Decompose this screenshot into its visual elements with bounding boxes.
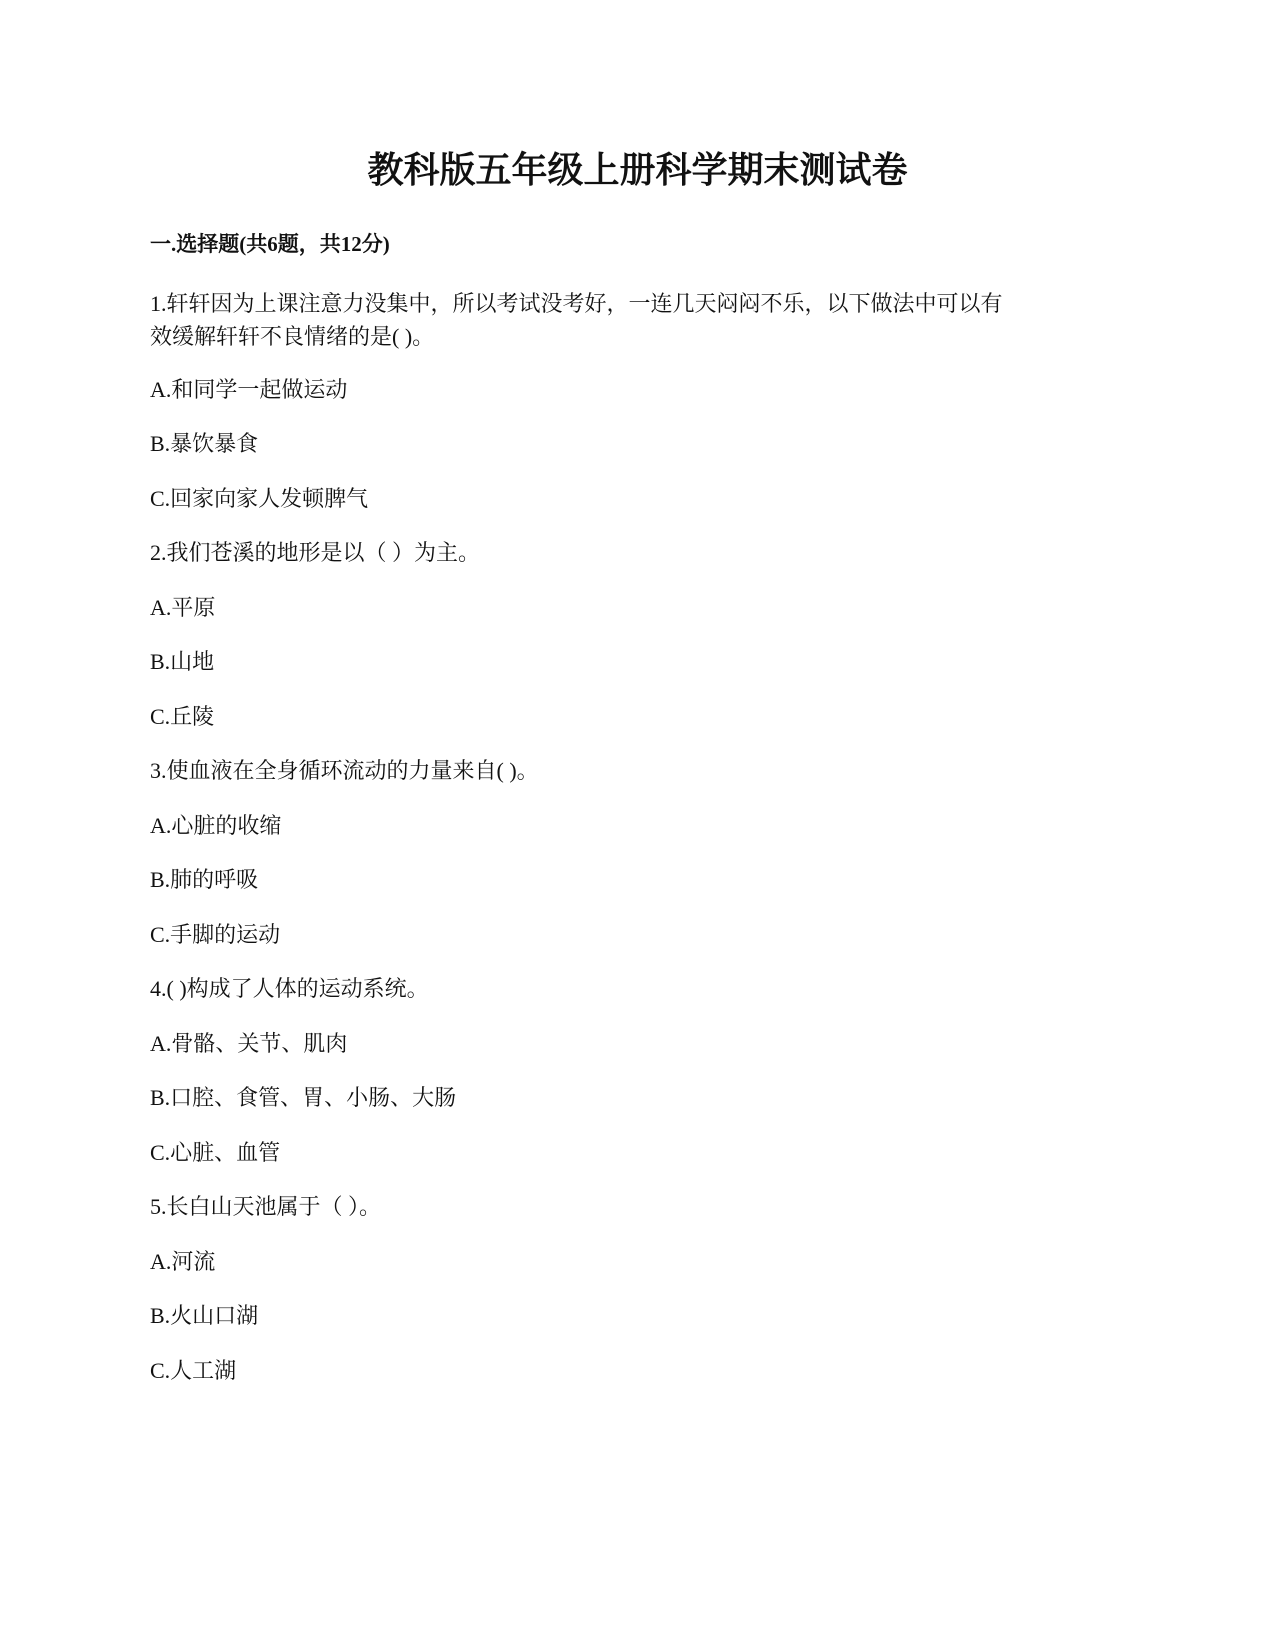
question-2-option-a: A.平原 (150, 593, 215, 623)
question-3-option-b: B.肺的呼吸 (150, 865, 258, 895)
question-5-stem: 5.长白山天池属于（ ）。 (150, 1192, 381, 1222)
question-3-option-a: A.心脏的收缩 (150, 811, 281, 841)
question-4-option-a: A.骨骼、关节、肌肉 (150, 1029, 347, 1059)
question-5-option-a: A.河流 (150, 1247, 215, 1277)
section-heading-multiple-choice: 一.选择题(共6题，共12分) (150, 229, 390, 259)
question-5-option-b: B.火山口湖 (150, 1301, 258, 1331)
question-4-stem: 4.( )构成了人体的运动系统。 (150, 974, 429, 1004)
question-3-stem: 3.使血液在全身循环流动的力量来自( )。 (150, 756, 539, 786)
question-1-option-b: B.暴饮暴食 (150, 429, 258, 459)
question-4-option-c: C.心脏、血管 (150, 1138, 280, 1168)
question-2-option-c: C.丘陵 (150, 702, 214, 732)
question-1-option-c: C.回家向家人发顿脾气 (150, 484, 368, 514)
question-1-stem-line-2: 效缓解轩轩不良情绪的是( )。 (150, 320, 1130, 353)
page-title: 教科版五年级上册科学期末测试卷 (0, 142, 1275, 198)
question-4-option-b: B.口腔、食管、胃、小肠、大肠 (150, 1083, 456, 1113)
question-5-option-c: C.人工湖 (150, 1356, 236, 1386)
question-1-option-a: A.和同学一起做运动 (150, 375, 347, 405)
question-1-stem-line-1: 1.轩轩因为上课注意力没集中，所以考试没考好，一连几天闷闷不乐，以下做法中可以有 (150, 287, 1130, 320)
question-2-option-b: B.山地 (150, 647, 214, 677)
question-2-stem: 2.我们苍溪的地形是以（ ）为主。 (150, 538, 480, 568)
question-3-option-c: C.手脚的运动 (150, 920, 280, 950)
